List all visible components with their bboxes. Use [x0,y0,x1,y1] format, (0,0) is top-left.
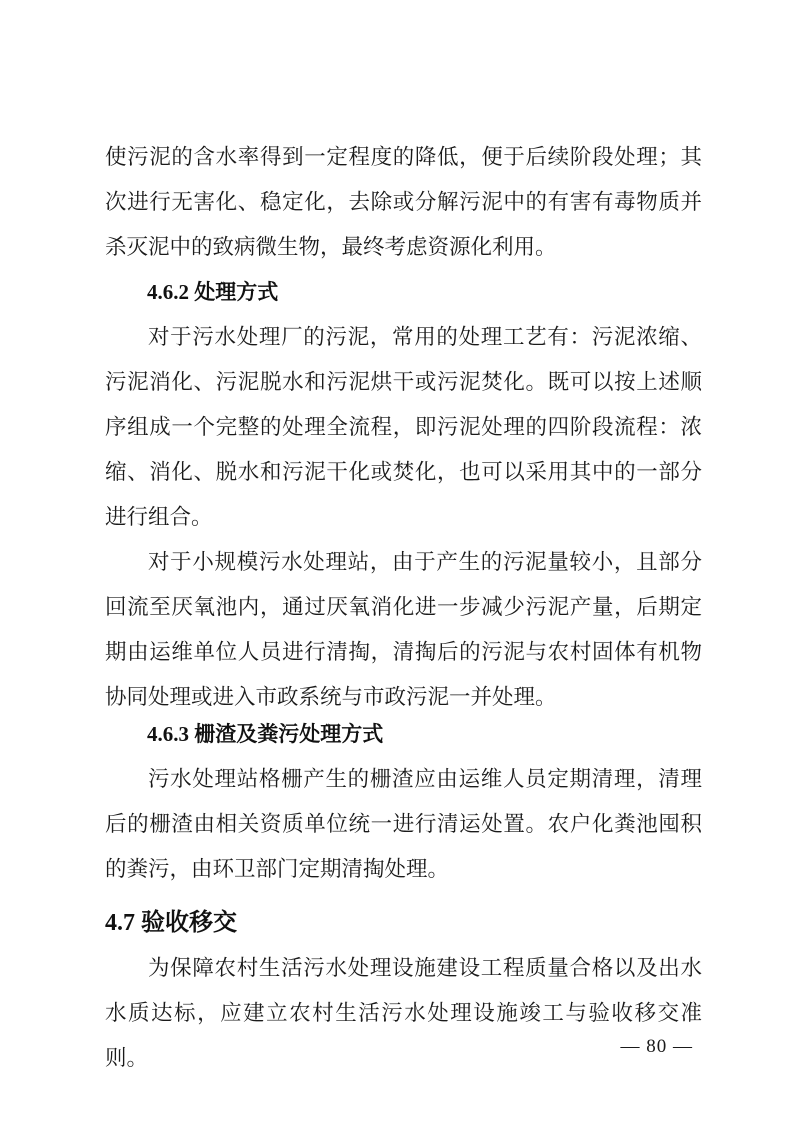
heading-4-7-acceptance-handover: 4.7 验收移交 [105,900,702,946]
page-number: — 80 — [621,1036,694,1058]
paragraph-treatment-plant-sludge: 对于污水处理厂的污泥，常用的处理工艺有：污泥浓缩、污泥消化、污泥脱水和污泥烘干或… [105,315,702,540]
paragraph-acceptance-criteria: 为保障农村生活污水处理设施建设工程质量合格以及出水水质达标，应建立农村生活污水处… [105,946,702,1081]
paragraph-screenings-disposal: 污水处理站格栅产生的栅渣应由运维人员定期清理，清理后的栅渣由相关资质单位统一进行… [105,757,702,892]
heading-4-6-2-treatment-method: 4.6.2 处理方式 [105,270,702,315]
paragraph-small-station-sludge: 对于小规模污水处理站，由于产生的污泥量较小，且部分回流至厌氧池内，通过厌氧消化进… [105,540,702,720]
page-content: 使污泥的含水率得到一定程度的降低，便于后续阶段处理；其次进行无害化、稳定化，去除… [105,135,702,1081]
paragraph-sludge-intro-continued: 使污泥的含水率得到一定程度的降低，便于后续阶段处理；其次进行无害化、稳定化，去除… [105,135,702,270]
document-page: 使污泥的含水率得到一定程度的降低，便于后续阶段处理；其次进行无害化、稳定化，去除… [0,0,793,1122]
